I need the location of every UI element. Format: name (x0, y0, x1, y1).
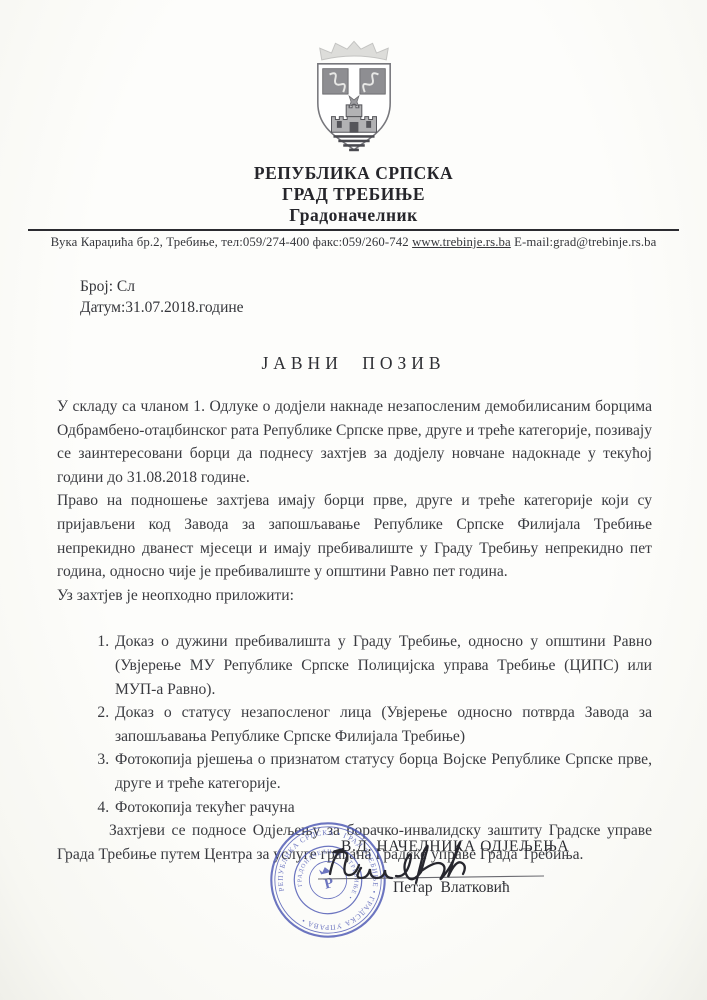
paragraph-intro: У складу са чланом 1. Одлуке о додјели н… (57, 395, 652, 489)
trebinje-coat-of-arms-icon (310, 40, 398, 158)
attachments-list: Доказ о дужини пребивалишта у Граду Треб… (57, 630, 652, 819)
letterhead-divider (28, 229, 679, 231)
paragraph-eligibility: Право на подношење захтјева имају борци … (57, 489, 652, 583)
signatory-name: Петар Влатковић (393, 879, 510, 897)
list-item: Доказ о дужини пребивалишта у Граду Треб… (113, 630, 652, 701)
org-office-mayor: Градоначелник (0, 205, 707, 226)
list-item: Фотокопија текућег рачуна (113, 796, 652, 820)
doc-title: ЈАВНИ ПОЗИВ (0, 353, 707, 374)
letterhead: РЕПУБЛИКА СРПСКА ГРАД ТРЕБИЊЕ Градоначел… (0, 0, 707, 250)
address-text: Вука Караџића бр.2, Требиње, тел:059/274… (51, 235, 413, 249)
doc-date: Датум:31.07.2018.године (80, 297, 707, 318)
document-body: У складу са чланом 1. Одлуке о додјели н… (57, 395, 652, 866)
document-meta: Број: Сл Датум:31.07.2018.године (80, 276, 707, 318)
doc-number: Број: Сл (80, 276, 707, 297)
email-text: E-mail:grad@trebinje.rs.ba (511, 235, 657, 249)
org-name-republic: РЕПУБЛИКА СРПСКА (0, 163, 707, 184)
address-line: Вука Караџића бр.2, Требиње, тел:059/274… (0, 235, 707, 250)
list-item: Фотокопија рјешења о признатом статусу б… (113, 748, 652, 795)
org-name-city: ГРАД ТРЕБИЊЕ (0, 184, 707, 205)
scanned-document-page: РЕПУБЛИКА СРПСКА ГРАД ТРЕБИЊЕ Градоначел… (0, 0, 707, 1000)
website-link: www.trebinje.rs.ba (412, 235, 511, 249)
attachments-intro: Уз захтјев је неопходно приложити: (57, 584, 652, 608)
list-item: Доказ о статусу незапосленог лица (Увјер… (113, 701, 652, 748)
